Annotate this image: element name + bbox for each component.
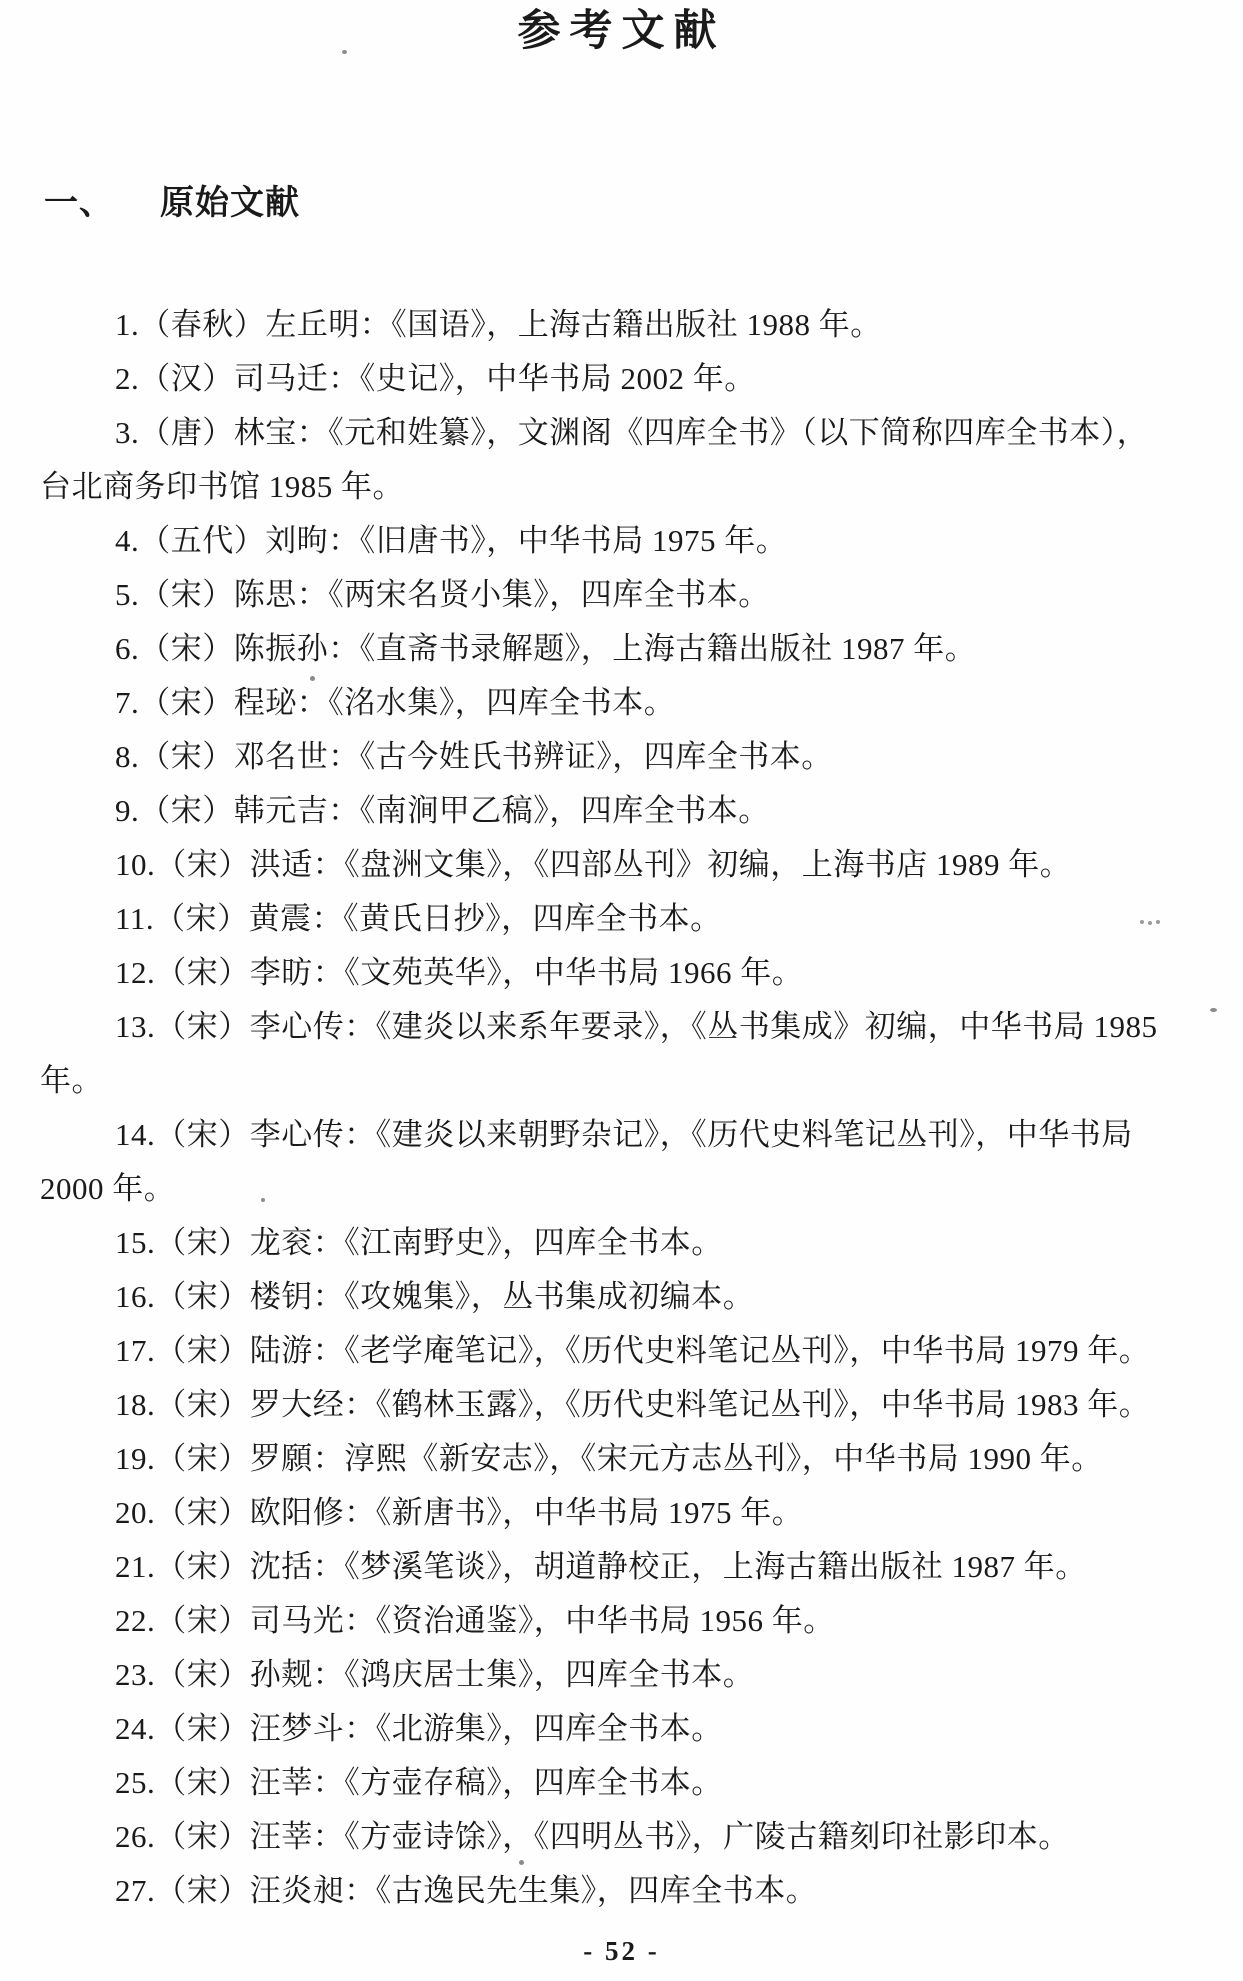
reference-entry-10: 10.（宋）洪适：《盘洲文集》，《四部丛刊》初编，上海书店 1989 年。 <box>40 838 1218 892</box>
reference-entry-17: 17.（宋）陆游：《老学庵笔记》，《历代史料笔记丛刊》，中华书局 1979 年。 <box>40 1324 1218 1378</box>
reference-entry-19: 19.（宋）罗願：淳熙《新安志》，《宋元方志丛刊》，中华书局 1990 年。 <box>40 1432 1218 1486</box>
reference-entry-25: 25.（宋）汪莘：《方壶存稿》，四库全书本。 <box>40 1756 1218 1810</box>
page-root: { "theme": { "ink": "#1a1a1a", "paper": … <box>0 0 1243 1981</box>
reference-entry-27: 27.（宋）汪炎昶：《古逸民先生集》，四库全书本。 <box>40 1864 1218 1918</box>
scan-speck-4 <box>1210 1008 1217 1012</box>
scan-speck-3 <box>1140 920 1144 924</box>
reference-entry-20: 20.（宋）欧阳修：《新唐书》，中华书局 1975 年。 <box>40 1486 1218 1540</box>
scan-speck-6 <box>519 1860 524 1865</box>
reference-entry-12: 12.（宋）李昉：《文苑英华》，中华书局 1966 年。 <box>40 946 1218 1000</box>
reference-entry-16: 16.（宋）楼钥：《攻媿集》，丛书集成初编本。 <box>40 1270 1218 1324</box>
section-heading: 一、原始文献 <box>44 184 1243 224</box>
document-page: 参考文献 一、原始文献 1.（春秋）左丘明：《国语》，上海古籍出版社 1988 … <box>0 0 1243 1981</box>
reference-entry-11: 11.（宋）黄震：《黄氏日抄》，四库全书本。 <box>40 892 1218 946</box>
document-title: 参考文献 <box>0 0 1243 58</box>
reference-entry-4: 4.（五代）刘昫：《旧唐书》，中华书局 1975 年。 <box>40 514 1218 568</box>
section-marker: 一、 <box>44 185 114 222</box>
reference-entry-2: 2.（汉）司马迁：《史记》，中华书局 2002 年。 <box>40 352 1218 406</box>
reference-entry-3: 3.（唐）林宝：《元和姓纂》，文渊阁《四库全书》（以下简称四库全书本）， 台北商… <box>40 406 1218 514</box>
reference-entry-14: 14.（宋）李心传：《建炎以来朝野杂记》，《历代史料笔记丛刊》，中华书局 200… <box>40 1108 1218 1216</box>
scan-speck-2 <box>310 676 315 681</box>
reference-entry-8: 8.（宋）邓名世：《古今姓氏书辨证》，四库全书本。 <box>40 730 1218 784</box>
reference-entry-5: 5.（宋）陈思：《两宋名贤小集》，四库全书本。 <box>40 568 1218 622</box>
reference-entry-22: 22.（宋）司马光：《资治通鉴》，中华书局 1956 年。 <box>40 1594 1218 1648</box>
scan-speck-1 <box>342 50 347 54</box>
reference-entry-24: 24.（宋）汪梦斗：《北游集》，四库全书本。 <box>40 1702 1218 1756</box>
reference-entry-18: 18.（宋）罗大经：《鹤林玉露》，《历代史料笔记丛刊》，中华书局 1983 年。 <box>40 1378 1218 1432</box>
reference-entry-13: 13.（宋）李心传：《建炎以来系年要录》，《丛书集成》初编，中华书局 1985 … <box>40 1000 1218 1108</box>
reference-entry-7: 7.（宋）程珌：《洺水集》，四库全书本。 <box>40 676 1218 730</box>
reference-entry-9: 9.（宋）韩元吉：《南涧甲乙稿》，四库全书本。 <box>40 784 1218 838</box>
reference-entry-15: 15.（宋）龙衮：《江南野史》，四库全书本。 <box>40 1216 1218 1270</box>
section-title: 原始文献 <box>160 185 300 222</box>
reference-list: 1.（春秋）左丘明：《国语》，上海古籍出版社 1988 年。 2.（汉）司马迁：… <box>40 298 1218 1918</box>
reference-entry-21: 21.（宋）沈括：《梦溪笔谈》，胡道静校正，上海古籍出版社 1987 年。 <box>40 1540 1218 1594</box>
reference-entry-23: 23.（宋）孙觌：《鸿庆居士集》，四库全书本。 <box>40 1648 1218 1702</box>
scan-speck-5 <box>261 1198 265 1202</box>
reference-entry-26: 26.（宋）汪莘：《方壶诗馀》，《四明丛书》，广陵古籍刻印社影印本。 <box>40 1810 1218 1864</box>
reference-entry-1: 1.（春秋）左丘明：《国语》，上海古籍出版社 1988 年。 <box>40 298 1218 352</box>
page-number: - 52 - <box>0 1936 1243 1967</box>
reference-entry-6: 6.（宋）陈振孙：《直斋书录解题》，上海古籍出版社 1987 年。 <box>40 622 1218 676</box>
